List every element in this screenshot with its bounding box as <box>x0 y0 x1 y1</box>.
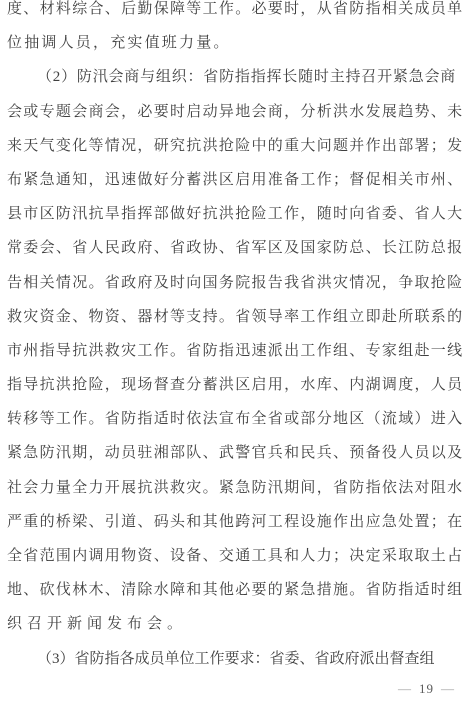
text-line: 告相关情况。省政府及时向国务院报告我省洪灾情况，争取抢险 <box>7 266 463 300</box>
text-line: 紧急防汛期，动员驻湘部队、武警官兵和民兵、预备役人员以及 <box>7 436 463 470</box>
text-line: 社会力量全力开展抗洪救灾。紧急防汛期间，省防指依法对阻水 <box>7 471 463 505</box>
text-line: 县市区防汛抗旱指挥部做好抗洪抢险工作，随时向省委、省人大 <box>7 197 463 231</box>
text-line: 指导抗洪抢险，现场督查分蓄洪区启用，水库、内湖调度，人员 <box>7 368 463 402</box>
text-line: 常委会、省人民政府、省政协、省军区及国家防总、长江防总报 <box>7 231 463 265</box>
footer-page-number: 19 <box>419 681 434 696</box>
text-line: 严重的桥梁、引道、码头和其他跨河工程设施作出应急处置；在 <box>7 505 463 539</box>
text-line: 织召开新闻发布会。 <box>7 607 463 641</box>
text-line: （2）防汛会商与组织：省防指指挥长随时主持召开紧急会商 <box>7 60 463 94</box>
text-line: 全省范围内调用物资、设备、交通工具和人力；决定采取取土占 <box>7 539 463 573</box>
document-page: 度、材料综合、后勤保障等工作。必要时，从省防指相关成员单 位抽调人员，充实值班力… <box>0 0 470 708</box>
text-line: 布紧急通知，迅速做好分蓄洪区启用准备工作；督促相关市州、 <box>7 163 463 197</box>
text-line: 度、材料综合、后勤保障等工作。必要时，从省防指相关成员单 <box>7 0 463 26</box>
text-line: 地、砍伐林木、清除水障和其他必要的紧急措施。省防指适时组 <box>7 573 463 607</box>
paragraph-continued: 度、材料综合、后勤保障等工作。必要时，从省防指相关成员单 位抽调人员，充实值班力… <box>7 0 463 60</box>
text-line: 市州指导抗洪救灾工作。省防指迅速派出工作组、专家组赴一线 <box>7 334 463 368</box>
text-line: 位抽调人员，充实值班力量。 <box>7 26 463 60</box>
footer-dash-right: — <box>441 681 455 696</box>
page-number: —19— <box>398 681 455 697</box>
document-text: 度、材料综合、后勤保障等工作。必要时，从省防指相关成员单 位抽调人员，充实值班力… <box>7 0 463 676</box>
text-line: 转移等工作。省防指适时依法宣布全省或部分地区（流域）进入 <box>7 402 463 436</box>
text-line: 救灾资金、物资、器材等支持。省领导率工作组立即赴所联系的 <box>7 300 463 334</box>
footer-dash-left: — <box>398 681 412 696</box>
paragraph-2: （2）防汛会商与组织：省防指指挥长随时主持召开紧急会商 会或专题会商会，必要时启… <box>7 60 463 641</box>
paragraph-3: （3）省防指各成员单位工作要求：省委、省政府派出督查组 <box>7 642 463 676</box>
text-line: （3）省防指各成员单位工作要求：省委、省政府派出督查组 <box>7 642 463 676</box>
text-line: 来天气变化等情况，研究抗洪抢险中的重大问题并作出部署；发 <box>7 129 463 163</box>
text-line: 会或专题会商会，必要时启动异地会商，分析洪水发展趋势、未 <box>7 95 463 129</box>
